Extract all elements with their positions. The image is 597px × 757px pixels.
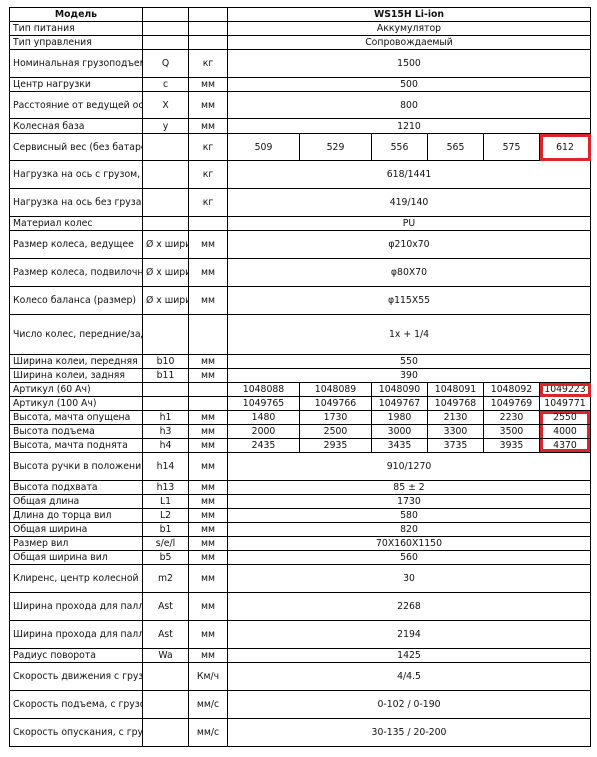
param-unit: мм <box>189 523 228 537</box>
param-symbol: h3 <box>143 425 189 439</box>
param-unit: мм/с <box>189 719 228 747</box>
param-unit <box>189 36 228 50</box>
param-value: 70X160X1150 <box>228 537 591 551</box>
param-symbol: c <box>143 78 189 92</box>
param-value: 529 <box>300 134 372 161</box>
param-symbol <box>143 36 189 50</box>
param-value: 550 <box>228 355 591 369</box>
param-value: 1049766 <box>300 397 372 411</box>
param-value: 2130 <box>428 411 484 425</box>
param-name: Скорость опускания, с грузом/без груза <box>10 719 143 747</box>
param-value: 1x + 1/4 <box>228 315 591 355</box>
param-value: 820 <box>228 523 591 537</box>
param-value: 419/140 <box>228 189 591 217</box>
table-row: Материал колесPU <box>10 217 591 231</box>
spec-table: Модель WS15H Li-ion Тип питанияАккумулят… <box>9 7 591 747</box>
param-value: PU <box>228 217 591 231</box>
param-name: Скорость подъема, с грузом/без груза <box>10 691 143 719</box>
param-unit: кг <box>189 161 228 189</box>
param-value: 1048092 <box>484 383 540 397</box>
param-name: Радиус поворота <box>10 649 143 663</box>
header-row: Модель WS15H Li-ion <box>10 8 591 22</box>
param-name: Сервисный вес (без батареи) <box>10 134 143 161</box>
param-unit: мм <box>189 92 228 119</box>
table-row: Высота, мачта поднятаh4мм243529353435373… <box>10 439 591 453</box>
param-unit: кг <box>189 189 228 217</box>
param-value: φ80X70 <box>228 259 591 287</box>
param-value: 85 ± 2 <box>228 481 591 495</box>
param-value: Аккумулятор <box>228 22 591 36</box>
param-value: 3735 <box>428 439 484 453</box>
param-name: Высота ручки в положении движения, мин/м… <box>10 453 143 481</box>
param-unit: мм <box>189 621 228 649</box>
param-name: Номинальная грузоподъемность <box>10 50 143 78</box>
param-name: Скорость движения с грузом/без груза <box>10 663 143 691</box>
table-row: Артикул (100 Ач)104976510497661049767104… <box>10 397 591 411</box>
param-unit <box>189 397 228 411</box>
param-name: Размер колеса, подвилочные <box>10 259 143 287</box>
param-symbol <box>143 397 189 411</box>
param-value: 3000 <box>372 425 428 439</box>
param-name: Артикул (100 Ач) <box>10 397 143 411</box>
param-name: Тип управления <box>10 36 143 50</box>
param-symbol: h14 <box>143 453 189 481</box>
param-symbol: m2 <box>143 565 189 593</box>
table-row: Размер вилs/e/lмм70X160X1150 <box>10 537 591 551</box>
table-row: Номинальная грузоподъемностьQкг1500 <box>10 50 591 78</box>
param-symbol <box>143 719 189 747</box>
param-unit: кг <box>189 134 228 161</box>
param-value: 3435 <box>372 439 428 453</box>
param-value: Сопровождаемый <box>228 36 591 50</box>
param-value: 30 <box>228 565 591 593</box>
param-name: Высота подхвата <box>10 481 143 495</box>
param-name: Высота подъема <box>10 425 143 439</box>
param-symbol <box>143 217 189 231</box>
param-name: Длина до торца вил <box>10 509 143 523</box>
table-row: Размер колеса, подвилочныеØ x ширинаммφ8… <box>10 259 591 287</box>
table-row: Нагрузка на ось без груза, передняя/задн… <box>10 189 591 217</box>
param-unit: мм <box>189 259 228 287</box>
param-unit <box>189 315 228 355</box>
param-value: 1048090 <box>372 383 428 397</box>
table-row: Расстояние от ведущей оси до каретки вил… <box>10 92 591 119</box>
param-symbol: b5 <box>143 551 189 565</box>
param-symbol <box>143 22 189 36</box>
param-value: 575 <box>484 134 540 161</box>
param-symbol: y <box>143 119 189 134</box>
param-value: φ115X55 <box>228 287 591 315</box>
param-value: φ210x70 <box>228 231 591 259</box>
header-unit-cell <box>189 8 228 22</box>
param-unit: Км/ч <box>189 663 228 691</box>
param-unit: мм <box>189 369 228 383</box>
param-name: Колесная база <box>10 119 143 134</box>
param-name: Высота, мачта поднята <box>10 439 143 453</box>
param-symbol: L1 <box>143 495 189 509</box>
table-row: Ширина прохода для паллет 1000*1200 попе… <box>10 593 591 621</box>
param-symbol: Ø x ширина <box>143 287 189 315</box>
param-value: 560 <box>228 551 591 565</box>
param-unit: мм <box>189 439 228 453</box>
param-value: 1500 <box>228 50 591 78</box>
param-value: 1049771 <box>540 397 591 411</box>
param-symbol: b11 <box>143 369 189 383</box>
param-value: 1049767 <box>372 397 428 411</box>
param-unit: мм <box>189 565 228 593</box>
param-symbol <box>143 691 189 719</box>
param-unit: мм <box>189 425 228 439</box>
param-symbol: X <box>143 92 189 119</box>
table-row: Сервисный вес (без батареи)кг50952955656… <box>10 134 591 161</box>
table-row: Тип управленияСопровождаемый <box>10 36 591 50</box>
table-row: Длина до торца вилL2мм580 <box>10 509 591 523</box>
table-row: Скорость движения с грузом/без грузаКм/ч… <box>10 663 591 691</box>
highlighted-value: 612 <box>540 134 591 161</box>
param-symbol <box>143 189 189 217</box>
param-name: Нагрузка на ось с грузом, передняя/задня… <box>10 161 143 189</box>
param-value: 2268 <box>228 593 591 621</box>
table-row: Артикул (60 Ач)1048088104808910480901048… <box>10 383 591 397</box>
param-value: 1730 <box>228 495 591 509</box>
param-symbol: b10 <box>143 355 189 369</box>
param-value: 1049765 <box>228 397 300 411</box>
table-row: Центр нагрузкиcмм500 <box>10 78 591 92</box>
param-value: 580 <box>228 509 591 523</box>
param-value: 565 <box>428 134 484 161</box>
param-unit: мм <box>189 537 228 551</box>
param-symbol: L2 <box>143 509 189 523</box>
param-symbol: s/e/l <box>143 537 189 551</box>
param-symbol: Ast <box>143 593 189 621</box>
param-name: Число колес, передние/задние (x = ведуще… <box>10 315 143 355</box>
table-row: Радиус поворотаWaмм1425 <box>10 649 591 663</box>
param-name: Тип питания <box>10 22 143 36</box>
param-value: 800 <box>228 92 591 119</box>
param-value: 2500 <box>300 425 372 439</box>
param-unit <box>189 383 228 397</box>
table-row: Нагрузка на ось с грузом, передняя/задня… <box>10 161 591 189</box>
param-name: Общая длина <box>10 495 143 509</box>
param-symbol: h13 <box>143 481 189 495</box>
table-row: Ширина прохода для паллет 800*1200 вдоль… <box>10 621 591 649</box>
highlighted-value: 1049223 <box>540 383 591 397</box>
param-unit: кг <box>189 50 228 78</box>
table-row: Колесо баланса (размер)Ø x ширинаммφ115X… <box>10 287 591 315</box>
param-symbol <box>143 134 189 161</box>
param-value: 3500 <box>484 425 540 439</box>
highlighted-value: 4370 <box>540 439 591 453</box>
param-unit <box>189 22 228 36</box>
param-symbol <box>143 315 189 355</box>
param-value: 1980 <box>372 411 428 425</box>
param-unit: мм <box>189 481 228 495</box>
param-value: 390 <box>228 369 591 383</box>
param-unit: мм <box>189 231 228 259</box>
param-value: 556 <box>372 134 428 161</box>
param-symbol: h4 <box>143 439 189 453</box>
param-unit: мм <box>189 78 228 92</box>
param-symbol: Ø x ширина <box>143 231 189 259</box>
param-name: Размер колеса, ведущее <box>10 231 143 259</box>
param-name: Расстояние от ведущей оси до каретки вил <box>10 92 143 119</box>
table-row: Тип питанияАккумулятор <box>10 22 591 36</box>
param-name: Нагрузка на ось без груза, передняя/задн… <box>10 189 143 217</box>
table-row: Высота, мачта опущенаh1мм148017301980213… <box>10 411 591 425</box>
param-unit: мм <box>189 551 228 565</box>
param-name: Высота, мачта опущена <box>10 411 143 425</box>
param-value: 4/4.5 <box>228 663 591 691</box>
param-symbol: Wa <box>143 649 189 663</box>
param-value: 2935 <box>300 439 372 453</box>
param-symbol <box>143 383 189 397</box>
param-unit: мм <box>189 593 228 621</box>
param-value: 30-135 / 20-200 <box>228 719 591 747</box>
param-value: 2230 <box>484 411 540 425</box>
param-symbol: Ø x ширина <box>143 259 189 287</box>
param-symbol: Q <box>143 50 189 78</box>
param-value: 618/1441 <box>228 161 591 189</box>
param-value: 3935 <box>484 439 540 453</box>
header-sym-cell <box>143 8 189 22</box>
table-row: Число колес, передние/задние (x = ведуще… <box>10 315 591 355</box>
param-value: 509 <box>228 134 300 161</box>
param-name: Материал колес <box>10 217 143 231</box>
param-unit: мм <box>189 509 228 523</box>
table-row: Общая длинаL1мм1730 <box>10 495 591 509</box>
param-name: Ширина колеи, задняя <box>10 369 143 383</box>
table-row: Общая ширинаb1мм820 <box>10 523 591 537</box>
param-unit: мм <box>189 119 228 134</box>
table-row: Клиренс, центр колесной базыm2мм30 <box>10 565 591 593</box>
param-value: 1049769 <box>484 397 540 411</box>
param-value: 1425 <box>228 649 591 663</box>
param-name: Общая ширина <box>10 523 143 537</box>
param-value: 3300 <box>428 425 484 439</box>
param-value: 1048089 <box>300 383 372 397</box>
highlighted-value: 4000 <box>540 425 591 439</box>
table-row: Высота подхватаh13мм85 ± 2 <box>10 481 591 495</box>
param-name: Центр нагрузки <box>10 78 143 92</box>
param-value: 2000 <box>228 425 300 439</box>
table-row: Общая ширина вилb5мм560 <box>10 551 591 565</box>
param-unit: мм <box>189 411 228 425</box>
param-name: Размер вил <box>10 537 143 551</box>
table-row: Ширина колеи, задняяb11мм390 <box>10 369 591 383</box>
table-row: Высота подъемаh3мм2000250030003300350040… <box>10 425 591 439</box>
param-symbol: Ast <box>143 621 189 649</box>
table-row: Колесная базаyмм1210 <box>10 119 591 134</box>
header-label: Модель <box>10 8 143 22</box>
param-value: 1048088 <box>228 383 300 397</box>
param-value: 2194 <box>228 621 591 649</box>
param-value: 1730 <box>300 411 372 425</box>
param-unit: мм <box>189 495 228 509</box>
param-value: 1048091 <box>428 383 484 397</box>
param-name: Колесо баланса (размер) <box>10 287 143 315</box>
param-symbol <box>143 161 189 189</box>
param-name: Ширина прохода для паллет 800*1200 вдоль <box>10 621 143 649</box>
param-symbol: h1 <box>143 411 189 425</box>
param-unit: мм <box>189 453 228 481</box>
table-row: Размер колеса, ведущееØ x ширинаммφ210x7… <box>10 231 591 259</box>
param-value: 0-102 / 0-190 <box>228 691 591 719</box>
param-value: 1480 <box>228 411 300 425</box>
param-value: 910/1270 <box>228 453 591 481</box>
table-row: Высота ручки в положении движения, мин/м… <box>10 453 591 481</box>
param-value: 1210 <box>228 119 591 134</box>
param-unit: мм <box>189 355 228 369</box>
param-unit: мм <box>189 287 228 315</box>
table-row: Ширина колеи, передняяb10мм550 <box>10 355 591 369</box>
param-name: Ширина прохода для паллет 1000*1200 попе… <box>10 593 143 621</box>
param-symbol: b1 <box>143 523 189 537</box>
table-row: Скорость опускания, с грузом/без грузамм… <box>10 719 591 747</box>
header-model: WS15H Li-ion <box>228 8 591 22</box>
param-value: 1049768 <box>428 397 484 411</box>
param-symbol <box>143 663 189 691</box>
param-unit: мм/с <box>189 691 228 719</box>
highlighted-value: 2550 <box>540 411 591 425</box>
param-unit <box>189 217 228 231</box>
param-value: 500 <box>228 78 591 92</box>
param-name: Ширина колеи, передняя <box>10 355 143 369</box>
param-name: Артикул (60 Ач) <box>10 383 143 397</box>
param-name: Общая ширина вил <box>10 551 143 565</box>
param-value: 2435 <box>228 439 300 453</box>
param-name: Клиренс, центр колесной базы <box>10 565 143 593</box>
param-unit: мм <box>189 649 228 663</box>
table-row: Скорость подъема, с грузом/без грузамм/с… <box>10 691 591 719</box>
